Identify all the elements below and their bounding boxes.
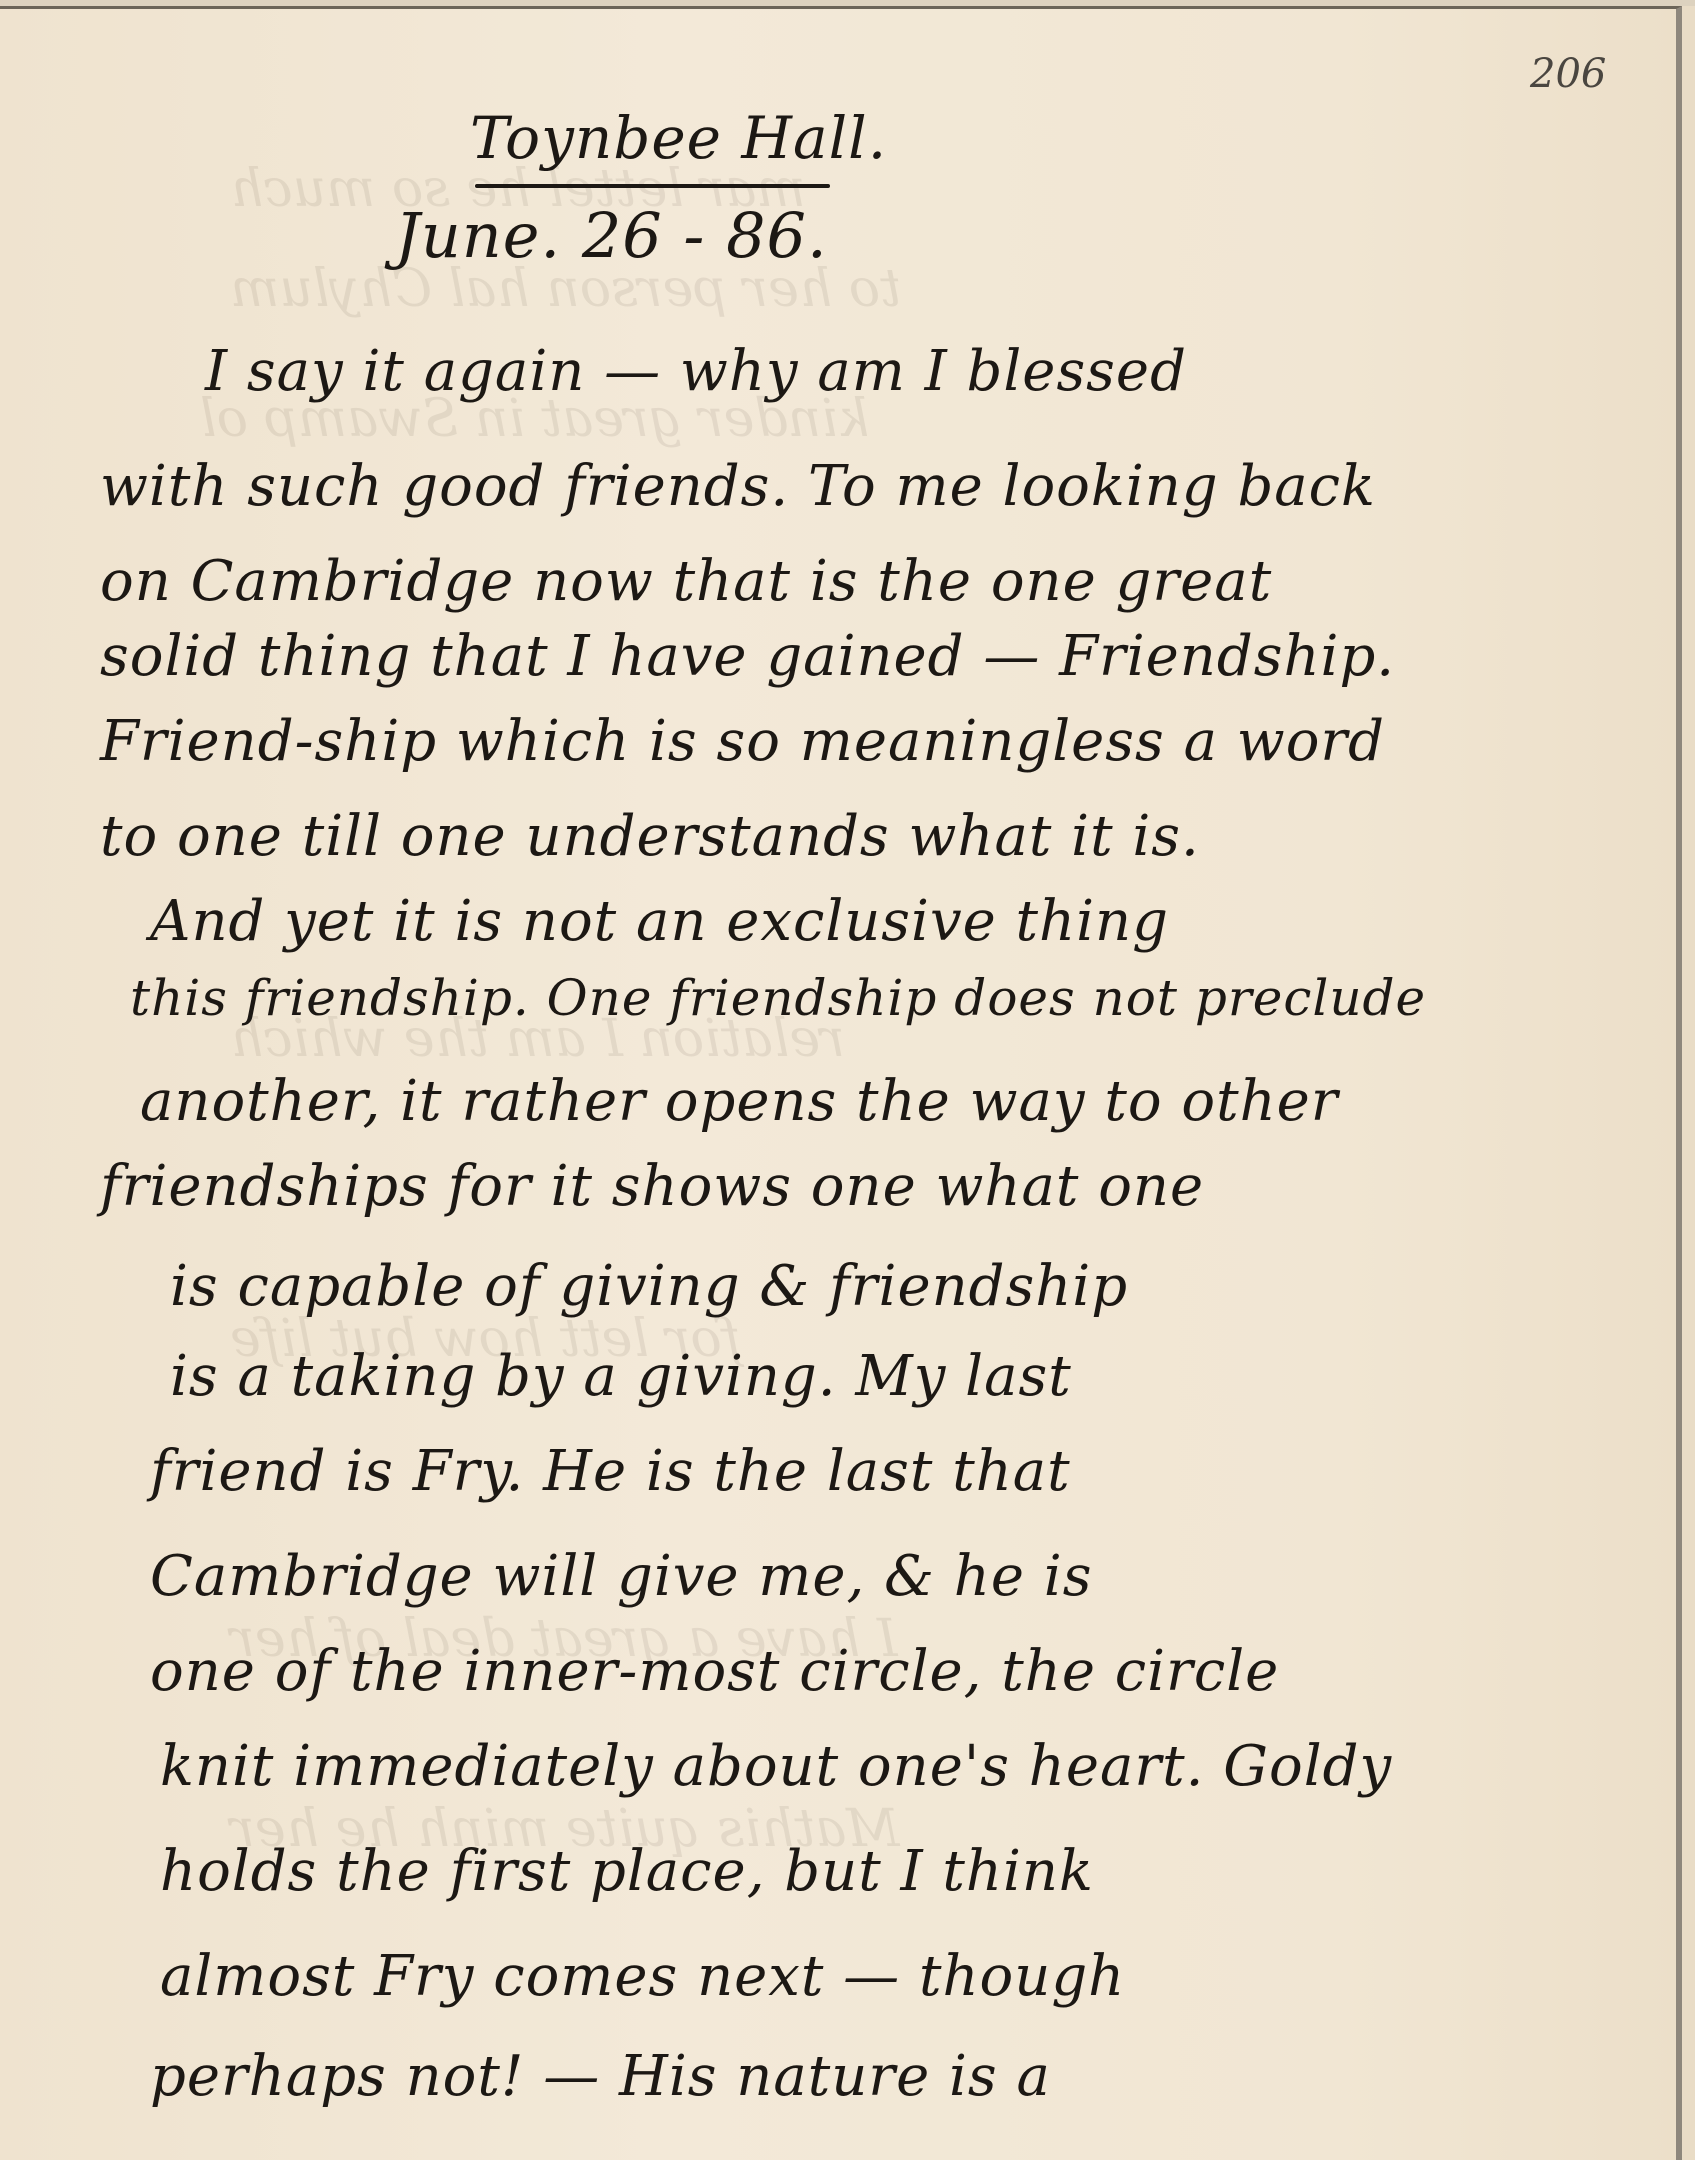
text-line: I say it again — why am I blessed <box>205 339 1187 404</box>
text-line: perhaps not! — His nature is a <box>150 2044 1051 2109</box>
page-number: 206 <box>1530 51 1606 97</box>
text-line: another, it rather opens the way to othe… <box>140 1069 1339 1134</box>
text-line: one of the inner-most circle, the circle <box>150 1639 1279 1704</box>
text-line: almost Fry comes next — though <box>160 1944 1125 2009</box>
text-line: friendships for it shows one what one <box>100 1154 1204 1219</box>
text-line: holds the first place, but I think <box>160 1839 1094 1904</box>
journal-page: mar lettel he so much to her person hal … <box>0 6 1682 2160</box>
text-line: Friend-ship which is so meaningless a wo… <box>100 709 1385 774</box>
text-line: knit immediately about one's heart. Gold… <box>160 1734 1392 1799</box>
heading-place: Toynbee Hall. <box>470 104 887 172</box>
heading-underline <box>475 184 830 188</box>
text-line: this friendship. One friendship does not… <box>130 969 1426 1027</box>
text-line: on Cambridge now that is the one great <box>100 549 1272 614</box>
text-line: with such good friends. To me looking ba… <box>100 454 1376 519</box>
text-line: is a taking by a giving. My last <box>170 1344 1072 1409</box>
text-line: friend is Fry. He is the last that <box>150 1439 1071 1504</box>
text-line: to one till one understands what it is. <box>100 804 1200 869</box>
text-line: And yet it is not an exclusive thing <box>150 889 1169 954</box>
text-line: is capable of giving & friendship <box>170 1254 1128 1319</box>
text-line: solid thing that I have gained — Friends… <box>100 624 1395 689</box>
text-line: Cambridge will give me, & he is <box>150 1544 1092 1609</box>
heading-date: June. 26 - 86. <box>395 199 828 272</box>
